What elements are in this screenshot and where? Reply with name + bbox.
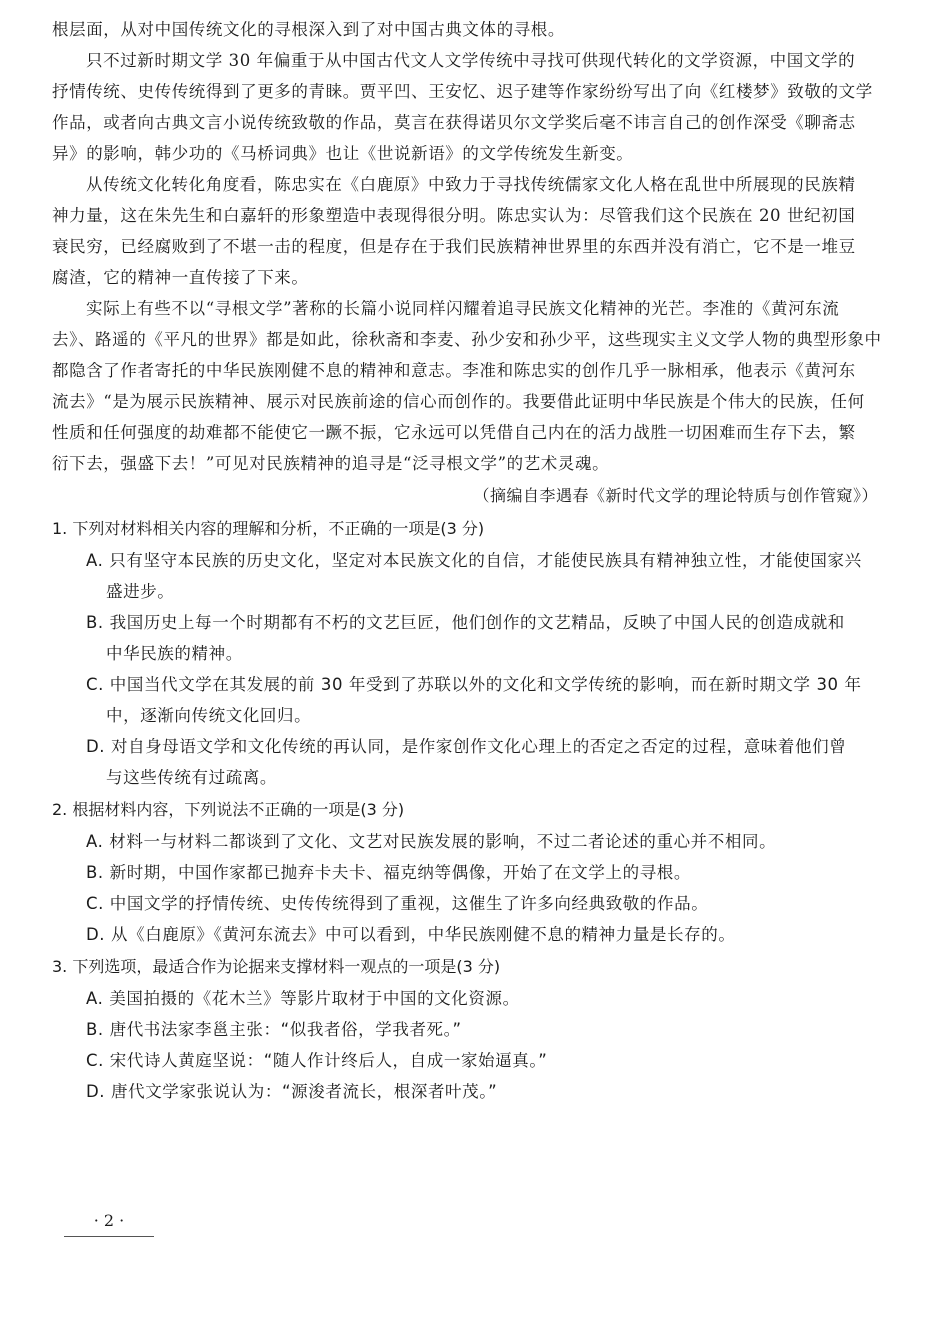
option-b[interactable]: B. 我国历史上每一个时期都有不朽的文艺巨匠，他们创作的文艺精品，反映了中国人民… [52, 607, 878, 669]
option-c[interactable]: C. 宋代诗人黄庭坚说：“随人作计终后人，自成一家始逼真。” [52, 1045, 878, 1076]
passage-line: 实际上有些不以“寻根文学”著称的长篇小说同样闪耀着追寻民族文化精神的光芒。李准的… [52, 293, 878, 324]
option-a[interactable]: A. 美国拍摄的《花木兰》等影片取材于中国的文化资源。 [52, 983, 878, 1014]
question-3: 3. 下列选项，最适合作为论据来支撑材料一观点的一项是(3 分) A. 美国拍摄… [52, 950, 878, 1107]
passage-line: 衰民穷，已经腐败到了不堪一击的程度，但是存在于我们民族精神世界里的东西并没有消亡… [52, 231, 878, 262]
passage-line: 腐渣，它的精神一直传接了下来。 [52, 262, 878, 293]
option-b[interactable]: B. 唐代书法家李邕主张：“似我者俗，学我者死。” [52, 1014, 878, 1045]
passage-paragraph-1: 只不过新时期文学 30 年偏重于从中国古代文人文学传统中寻找可供现代转化的文学资… [52, 45, 878, 169]
passage-paragraph-2: 从传统文化转化角度看，陈忠实在《白鹿原》中致力于寻找传统儒家文化人格在乱世中所展… [52, 169, 878, 293]
passage-line: 异》的影响，韩少功的《马桥词典》也让《世说新语》的文学传统发生新变。 [52, 138, 878, 169]
option-b[interactable]: B. 新时期，中国作家都已抛弃卡夫卡、福克纳等偶像，开始了在文学上的寻根。 [52, 857, 878, 888]
question-stem: 2. 根据材料内容，下列说法不正确的一项是(3 分) [52, 793, 878, 826]
option-d[interactable]: D. 从《白鹿原》《黄河东流去》中可以看到，中华民族刚健不息的精神力量是长存的。 [52, 919, 878, 950]
source-citation: （摘编自李遇春《新时代文学的理论特质与创作管窥》） [52, 479, 878, 512]
option-a[interactable]: A. 材料一与材料二都谈到了文化、文艺对民族发展的影响，不过二者论述的重心并不相… [52, 826, 878, 857]
passage-line: 作品，或者向古典文言小说传统致敬的作品，莫言在获得诺贝尔文学奖后毫不讳言自己的创… [52, 107, 878, 138]
passage-paragraph-3: 实际上有些不以“寻根文学”著称的长篇小说同样闪耀着追寻民族文化精神的光芒。李准的… [52, 293, 878, 479]
passage-line: 抒情传统、史传传统得到了更多的青睐。贾平凹、王安忆、迟子建等作家纷纷写出了向《红… [52, 76, 878, 107]
passage-line: 去》、路遥的《平凡的世界》都是如此，徐秋斋和李麦、孙少安和孙少平，这些现实主义文… [52, 324, 878, 355]
passage-line: 衍下去，强盛下去！”可见对民族精神的追寻是“泛寻根文学”的艺术灵魂。 [52, 448, 878, 479]
option-c[interactable]: C. 中国文学的抒情传统、史传传统得到了重视，这催生了许多向经典致敬的作品。 [52, 888, 878, 919]
passage-line: 从传统文化转化角度看，陈忠实在《白鹿原》中致力于寻找传统儒家文化人格在乱世中所展… [52, 169, 878, 200]
passage-line: 流去》“是为展示民族精神、展示对民族前途的信心而创作的。我要借此证明中华民族是个… [52, 386, 878, 417]
question-2: 2. 根据材料内容，下列说法不正确的一项是(3 分) A. 材料一与材料二都谈到… [52, 793, 878, 950]
question-stem: 1. 下列对材料相关内容的理解和分析，不正确的一项是(3 分) [52, 512, 878, 545]
exam-page: 根层面，从对中国传统文化的寻根深入到了对中国古典文体的寻根。 只不过新时期文学 … [52, 14, 878, 1107]
passage-line: 只不过新时期文学 30 年偏重于从中国古代文人文学传统中寻找可供现代转化的文学资… [52, 45, 878, 76]
option-d[interactable]: D. 唐代文学家张说认为：“源浚者流长，根深者叶茂。” [52, 1076, 878, 1107]
passage-line: 都隐含了作者寄托的中华民族刚健不息的精神和意志。李准和陈忠实的创作几乎一脉相承，… [52, 355, 878, 386]
option-d[interactable]: D. 对自身母语文学和文化传统的再认同，是作家创作文化心理上的否定之否定的过程，… [52, 731, 878, 793]
passage-line: 性质和任何强度的劫难都不能使它一蹶不振，它永远可以凭借自己内在的活力战胜一切困难… [52, 417, 878, 448]
option-a[interactable]: A. 只有坚守本民族的历史文化，坚定对本民族文化的自信，才能使民族具有精神独立性… [52, 545, 878, 607]
passage-line: 根层面，从对中国传统文化的寻根深入到了对中国古典文体的寻根。 [52, 14, 878, 45]
page-number: · 2 · [64, 1206, 154, 1237]
option-c[interactable]: C. 中国当代文学在其发展的前 30 年受到了苏联以外的文化和文学传统的影响，而… [52, 669, 878, 731]
question-stem: 3. 下列选项，最适合作为论据来支撑材料一观点的一项是(3 分) [52, 950, 878, 983]
question-1: 1. 下列对材料相关内容的理解和分析，不正确的一项是(3 分) A. 只有坚守本… [52, 512, 878, 793]
passage-line: 神力量，这在朱先生和白嘉轩的形象塑造中表现得很分明。陈忠实认为：尽管我们这个民族… [52, 200, 878, 231]
